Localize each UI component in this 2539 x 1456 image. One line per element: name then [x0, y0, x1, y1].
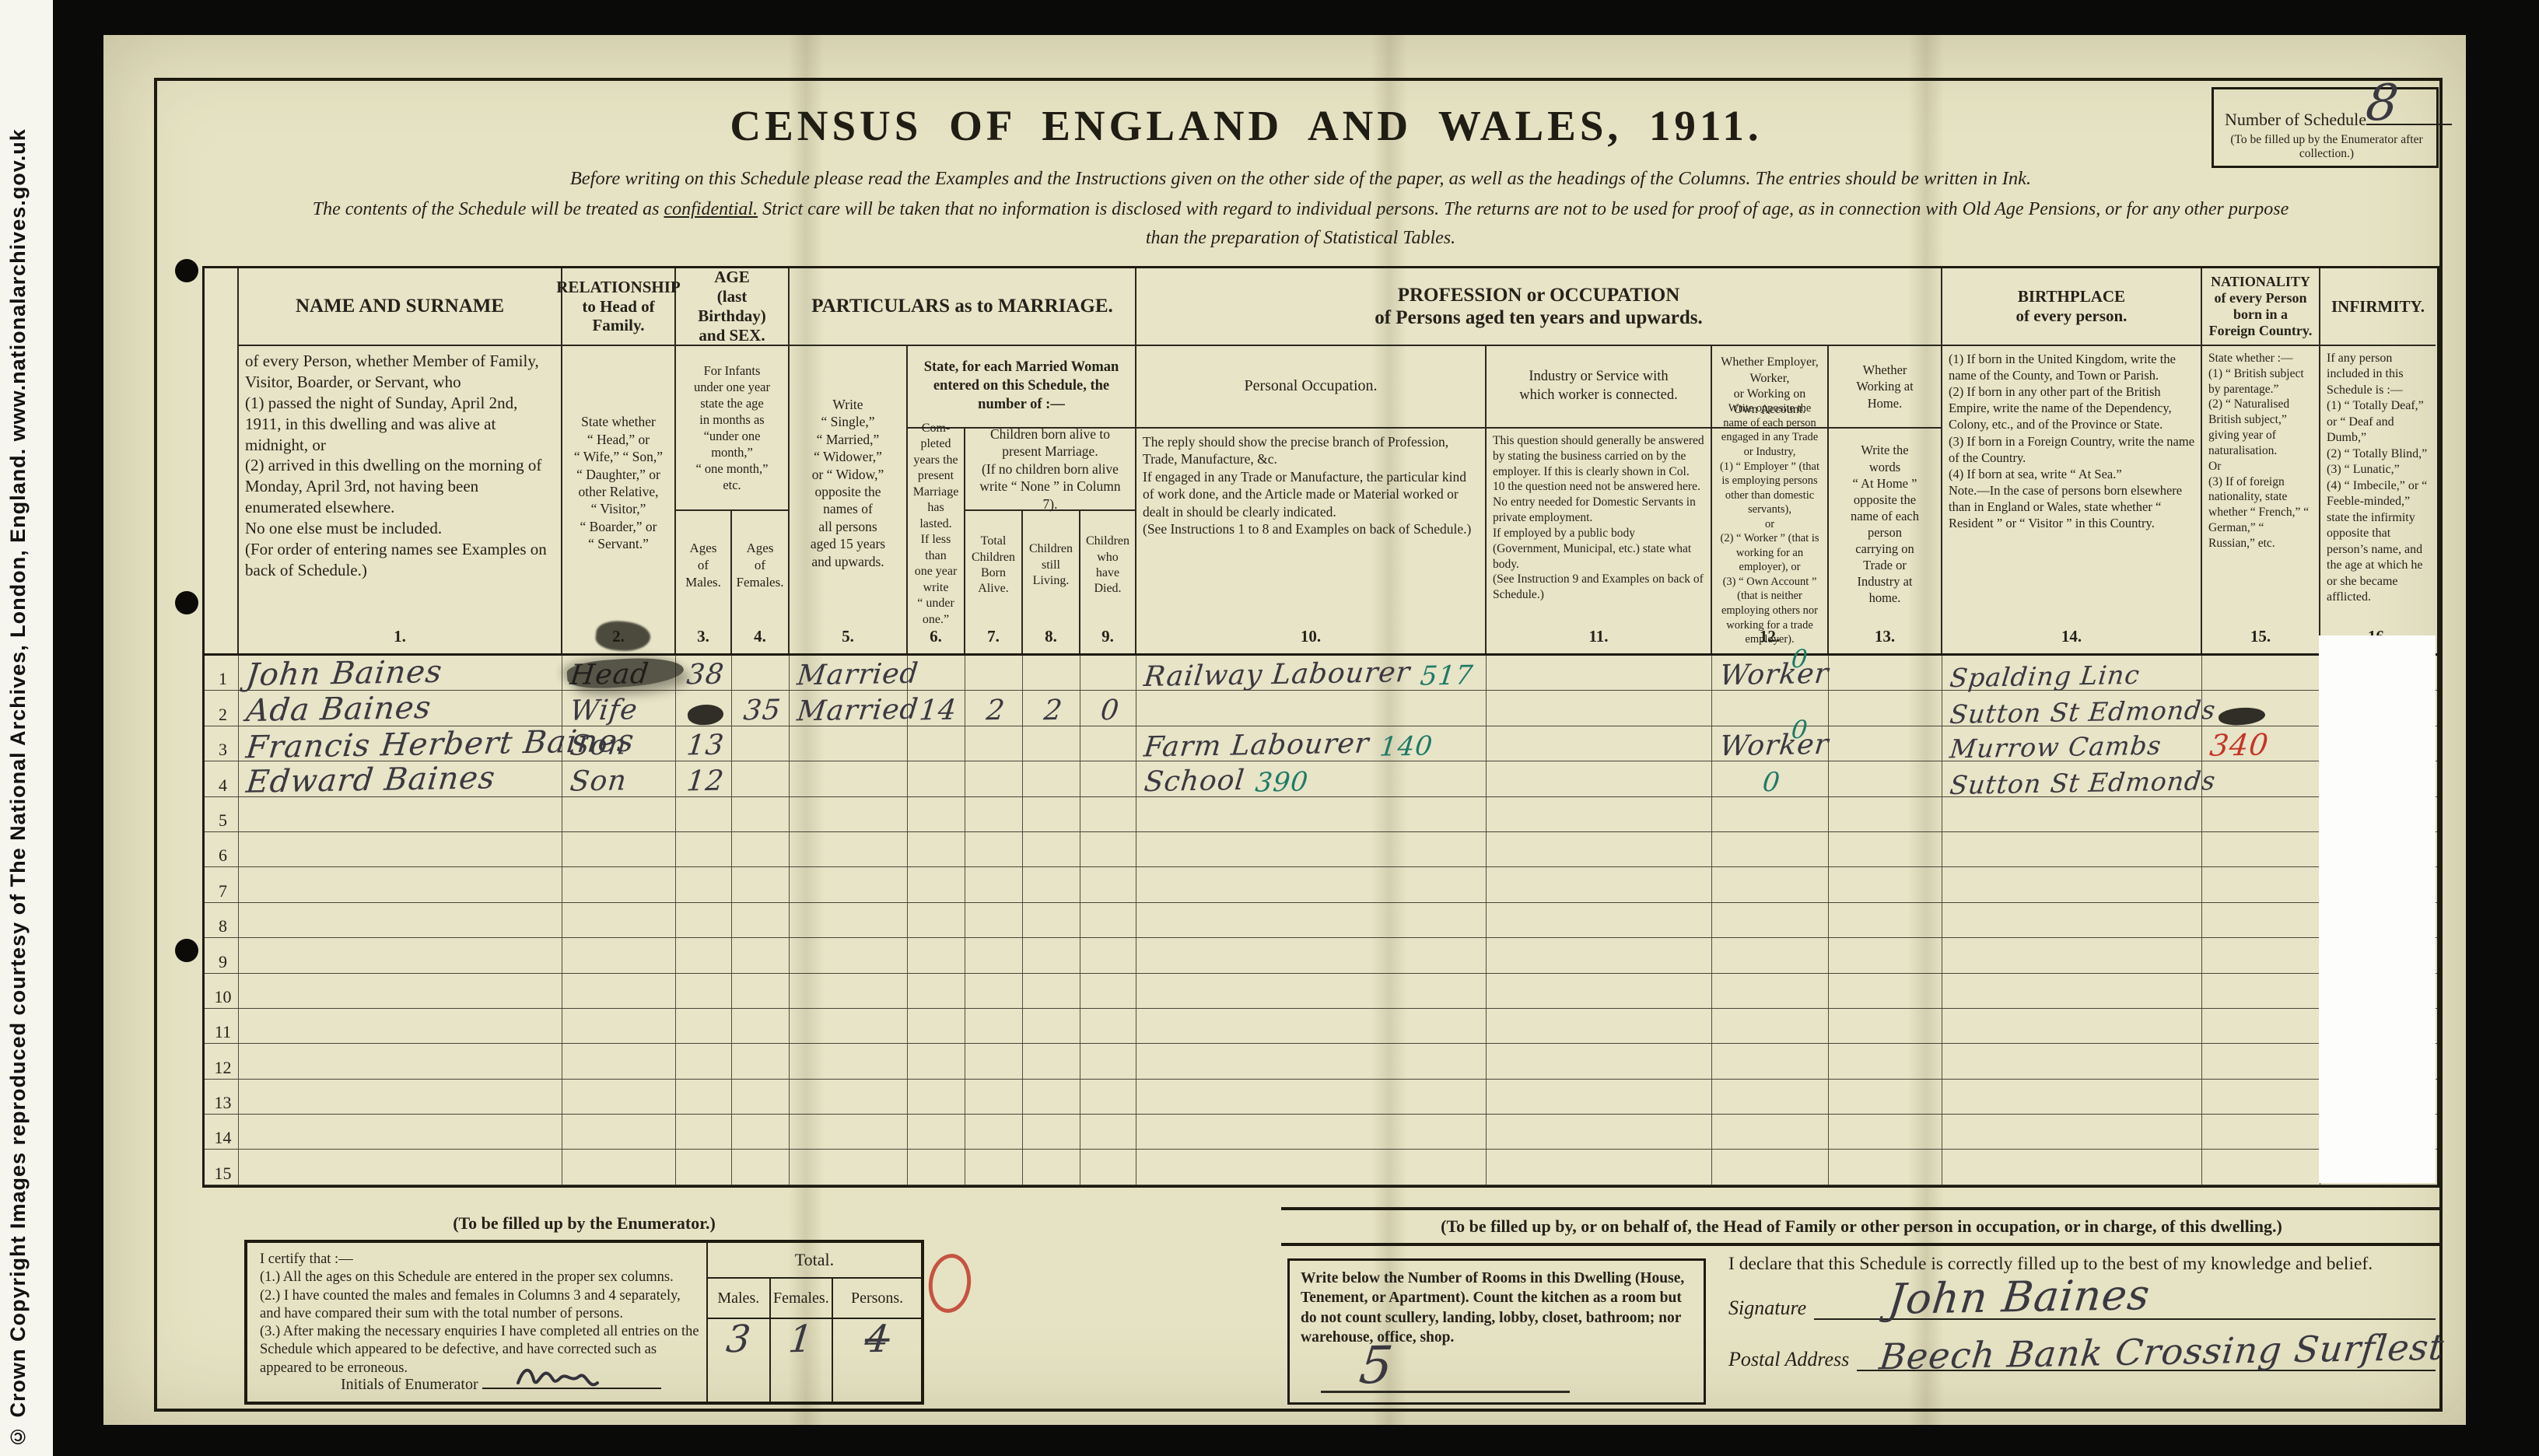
cell-birthplace: Spalding Linc — [1942, 656, 2202, 690]
cell-employer-status: Worker0 — [1712, 726, 1829, 761]
cell-children-born — [965, 867, 1023, 901]
column-number: 12. — [1712, 620, 1829, 653]
cell-age-females — [732, 903, 790, 937]
cell-nationality — [2202, 1009, 2320, 1043]
cell-occupation: Farm Labourer140 — [1136, 726, 1487, 761]
age-females-value: 35 — [742, 696, 783, 725]
cell-age-males — [676, 1044, 732, 1078]
cell-age-females — [732, 797, 790, 831]
cell-at-home — [1829, 1009, 1942, 1043]
cell-nationality — [2202, 867, 2320, 901]
cell-at-home — [1829, 903, 1942, 937]
cell-relationship — [562, 1115, 676, 1149]
relationship-value: Son — [569, 767, 628, 796]
cell-relationship: Head — [562, 656, 676, 690]
cell-children-died — [1080, 832, 1136, 866]
cell-name — [239, 1009, 562, 1043]
column-number: 7. — [965, 620, 1023, 653]
cell-name: Francis Herbert Baines — [239, 726, 562, 761]
cell-age-females — [732, 761, 790, 796]
cell-row-number: 7 — [205, 867, 239, 901]
cell-name — [239, 938, 562, 972]
cell-birthplace — [1942, 938, 2202, 972]
cell-name — [239, 903, 562, 937]
cell-years-married — [908, 1044, 965, 1078]
table-row: 3 Francis Herbert Baines Son 13 Farm Lab… — [205, 726, 2437, 761]
confidential-word: confidential. — [664, 199, 758, 219]
cell-industry — [1487, 903, 1712, 937]
cell-birthplace: Sutton St Edmonds — [1942, 761, 2202, 796]
cell-age-females: 35 — [732, 691, 790, 725]
cell-children-died — [1080, 903, 1136, 937]
cell-employer-status: Worker0 — [1712, 656, 1829, 690]
totals-title: Total. — [708, 1243, 921, 1279]
col-note-personal-occupation: The reply should show the precise branch… — [1136, 429, 1487, 620]
cell-relationship — [562, 938, 676, 972]
cell-age-females — [732, 1080, 790, 1114]
col-head-children-born: Total Children Born Alive. — [965, 511, 1023, 620]
cell-name — [239, 974, 562, 1008]
cell-employer-status — [1712, 1150, 1829, 1184]
cell-marital — [790, 1009, 908, 1043]
table-row: 13 — [205, 1080, 2437, 1115]
marital-value: Married — [796, 660, 920, 691]
initials-line — [482, 1372, 661, 1389]
cell-age-males — [676, 1080, 732, 1114]
column-number: 6. — [908, 620, 965, 653]
children-died-value: 0 — [1099, 697, 1121, 725]
cell-occupation — [1136, 1080, 1487, 1114]
table-row: 10 — [205, 974, 2437, 1009]
table-row: 4 Edward Baines Son 12 School390 0 Sutto… — [205, 761, 2437, 796]
totals-table: Total. Males. Females. Persons. 3 1 4 — [706, 1243, 921, 1402]
cell-industry — [1487, 938, 1712, 972]
initials-label: Initials of Enumerator — [341, 1376, 478, 1393]
confidential-line2: than the preparation of Statistical Tabl… — [235, 228, 2366, 249]
col-note-name: of every Person, whether Member of Famil… — [239, 346, 562, 620]
cell-at-home — [1829, 938, 1942, 972]
cell-row-number: 12 — [205, 1044, 239, 1078]
page-title: CENSUS OF ENGLAND AND WALES, 1911. — [282, 101, 2211, 150]
cell-at-home — [1829, 797, 1942, 831]
column-number: 10. — [1136, 620, 1487, 653]
row-number: 4 — [219, 775, 227, 796]
rownum-col-head — [205, 268, 239, 620]
cell-relationship — [562, 903, 676, 937]
table-row: 9 — [205, 938, 2437, 973]
cell-at-home — [1829, 1080, 1942, 1114]
cell-occupation — [1136, 938, 1487, 972]
cell-children-died — [1080, 726, 1136, 761]
signature-line: John Baines — [1814, 1295, 2436, 1320]
cell-occupation — [1136, 1009, 1487, 1043]
cell-children-living — [1023, 867, 1080, 901]
copyright-text: © Crown Copyright Images reproduced cour… — [6, 8, 47, 1448]
col-head-children-living: Children still Living. — [1023, 511, 1080, 620]
cell-years-married — [908, 797, 965, 831]
cell-years-married — [908, 832, 965, 866]
cell-industry — [1487, 656, 1712, 690]
cell-name: Edward Baines — [239, 761, 562, 796]
rooms-value: 5 — [1357, 1340, 1396, 1392]
col-note-relationship: State whether “ Head,” or “ Wife,” “ Son… — [562, 346, 676, 620]
confidential-line: The contents of the Schedule will be tre… — [235, 199, 2366, 220]
birthplace-value: Spalding Linc — [1949, 662, 2142, 691]
cell-birthplace — [1942, 1044, 2202, 1078]
col-head-relationship: RELATIONSHIP to Head of Family. — [562, 268, 676, 346]
header-instruction: Before writing on this Schedule please r… — [344, 168, 2257, 190]
cell-industry — [1487, 867, 1712, 901]
col-head-name: NAME AND SURNAME — [239, 268, 562, 346]
col-head-personal-occupation: Personal Occupation. — [1136, 346, 1487, 429]
occupation-code: 517 — [1420, 663, 1476, 690]
cell-row-number: 1 — [205, 656, 239, 690]
cell-age-females — [732, 832, 790, 866]
column-number: 5. — [790, 620, 908, 653]
col-head-marriage: PARTICULARS as to MARRIAGE. — [790, 268, 1136, 346]
cell-birthplace — [1942, 1009, 2202, 1043]
cell-years-married — [908, 1115, 965, 1149]
cell-relationship — [562, 1009, 676, 1043]
col-note-marital: Write “ Single,” “ Married,” “ Widower,”… — [790, 346, 908, 620]
postal-row: Postal Address Beech Bank Crossing Surfl… — [1728, 1346, 2436, 1371]
row-number: 3 — [219, 740, 227, 760]
row-number: 12 — [215, 1058, 232, 1078]
cell-age-males — [676, 974, 732, 1008]
cell-marital — [790, 974, 908, 1008]
row-number: 14 — [215, 1128, 232, 1148]
cell-row-number: 4 — [205, 761, 239, 796]
cell-relationship — [562, 1080, 676, 1114]
employer-status-value: Worker — [1718, 731, 1830, 761]
table-row: 6 — [205, 832, 2437, 867]
col-head-industry: Industry or Service with which worker is… — [1487, 346, 1712, 429]
row-number: 13 — [215, 1093, 232, 1113]
cell-children-died — [1080, 1044, 1136, 1078]
schedule-form: 8 Number of Schedule (To be filled up by… — [154, 78, 2443, 1412]
row-number: 10 — [215, 987, 232, 1007]
col-note-infirmity: If any person included in this Schedule … — [2320, 346, 2436, 620]
cell-name — [239, 1080, 562, 1114]
nationality-code: 340 — [2208, 730, 2271, 761]
cell-children-died — [1080, 761, 1136, 796]
cell-marital — [790, 867, 908, 901]
certification-text: I certify that :— (1.) All the ages on t… — [260, 1251, 700, 1377]
cell-children-born — [965, 1150, 1023, 1184]
name-value: Edward Baines — [245, 762, 497, 798]
cell-age-females — [732, 1009, 790, 1043]
cell-children-born — [965, 938, 1023, 972]
cell-industry — [1487, 1044, 1712, 1078]
cell-age-females — [732, 974, 790, 1008]
cell-row-number: 3 — [205, 726, 239, 761]
cell-children-living — [1023, 903, 1080, 937]
cell-at-home — [1829, 761, 1942, 796]
cell-row-number: 2 — [205, 691, 239, 725]
cell-nationality — [2202, 691, 2320, 725]
col-head-children-died: Children who have Died. — [1080, 511, 1136, 620]
cell-children-born — [965, 726, 1023, 761]
col-note-age: For Infants under one year state the age… — [676, 346, 790, 511]
cell-children-died — [1080, 1150, 1136, 1184]
cell-age-females — [732, 938, 790, 972]
cell-marital — [790, 1044, 908, 1078]
enumerator-box: I certify that :— (1.) All the ages on t… — [244, 1240, 924, 1405]
cell-employer-status — [1712, 691, 1829, 725]
head-family-section: (To be filled up by, or on behalf of, th… — [1281, 1207, 2442, 1412]
cell-relationship — [562, 1044, 676, 1078]
cell-children-living — [1023, 656, 1080, 690]
cell-nationality — [2202, 1080, 2320, 1114]
cell-age-males: 13 — [676, 726, 732, 761]
row-number: 9 — [219, 952, 227, 972]
cell-years-married — [908, 1009, 965, 1043]
column-number: 13. — [1829, 620, 1942, 653]
cell-industry — [1487, 974, 1712, 1008]
cell-occupation — [1136, 903, 1487, 937]
confidential-pre: The contents of the Schedule will be tre… — [313, 199, 664, 219]
cell-birthplace: Sutton St Edmonds — [1942, 691, 2202, 725]
column-number: 9. — [1080, 620, 1136, 653]
col-head-nationality: NATIONALITY of every Person born in a Fo… — [2202, 268, 2320, 346]
cell-marital: Married — [790, 691, 908, 725]
cell-employer-status: 0 — [1712, 761, 1829, 796]
cell-at-home — [1829, 1044, 1942, 1078]
cell-nationality — [2202, 1150, 2320, 1184]
row-number: 7 — [219, 881, 227, 901]
table-row: 5 — [205, 797, 2437, 832]
cell-relationship — [562, 797, 676, 831]
cell-age-males — [676, 867, 732, 901]
col-head-profession: PROFESSION or OCCUPATION of Persons aged… — [1136, 268, 1942, 346]
cell-row-number: 10 — [205, 974, 239, 1008]
cell-relationship — [562, 974, 676, 1008]
cell-marital — [790, 726, 908, 761]
cell-age-males — [676, 903, 732, 937]
cell-employer-status — [1712, 867, 1829, 901]
cell-children-died — [1080, 1009, 1136, 1043]
cell-age-males — [676, 797, 732, 831]
cell-industry — [1487, 726, 1712, 761]
cell-children-born — [965, 797, 1023, 831]
table-row: 14 — [205, 1115, 2437, 1150]
col-head-ages-males: Ages of Males. — [676, 511, 732, 620]
cell-age-males — [676, 1115, 732, 1149]
status-code: 0 — [1790, 717, 1809, 742]
col-note-at-home: Write the words “ At Home ” opposite the… — [1829, 429, 1942, 620]
cell-children-died — [1080, 1115, 1136, 1149]
row-number: 5 — [219, 810, 227, 831]
cell-children-died — [1080, 867, 1136, 901]
occupation-code: 140 — [1378, 733, 1434, 761]
cell-age-males — [676, 691, 732, 725]
cell-children-living — [1023, 1115, 1080, 1149]
cell-children-died — [1080, 974, 1136, 1008]
copyright-strip: © Crown Copyright Images reproduced cour… — [0, 0, 53, 1456]
cell-age-females — [732, 1115, 790, 1149]
cell-children-living — [1023, 1044, 1080, 1078]
cell-industry — [1487, 1150, 1712, 1184]
cell-row-number: 9 — [205, 938, 239, 972]
cell-relationship — [562, 1150, 676, 1184]
occupation-value: Railway Labourer — [1143, 659, 1412, 691]
column-number: 2. — [562, 620, 676, 653]
cell-name: Ada Baines — [239, 691, 562, 725]
cell-employer-status — [1712, 1115, 1829, 1149]
cell-birthplace — [1942, 974, 2202, 1008]
cell-years-married — [908, 1080, 965, 1114]
table-row: 7 — [205, 867, 2437, 902]
cell-at-home — [1829, 832, 1942, 866]
table-row: 11 — [205, 1009, 2437, 1044]
enumerator-initials-signature — [513, 1360, 607, 1398]
cell-birthplace — [1942, 832, 2202, 866]
cell-occupation: School390 — [1136, 761, 1487, 796]
table-header: NAME AND SURNAME of every Person, whethe… — [205, 268, 2437, 620]
column-number: 8. — [1023, 620, 1080, 653]
cell-nationality — [2202, 903, 2320, 937]
census-table: NAME AND SURNAME of every Person, whethe… — [202, 266, 2439, 1188]
cell-at-home — [1829, 656, 1942, 690]
cell-employer-status — [1712, 938, 1829, 972]
cell-name — [239, 1044, 562, 1078]
cell-occupation — [1136, 1150, 1487, 1184]
birthplace-value: Murrow Cambs — [1949, 733, 2163, 762]
cell-row-number: 14 — [205, 1115, 239, 1149]
cell-at-home — [1829, 726, 1942, 761]
years-married-value: 14 — [918, 696, 958, 725]
cell-nationality — [2202, 974, 2320, 1008]
cell-age-females — [732, 1044, 790, 1078]
paper-sheet: 8 Number of Schedule (To be filled up by… — [103, 35, 2466, 1425]
row-number: 2 — [219, 705, 227, 725]
cell-nationality — [2202, 832, 2320, 866]
relationship-value: Wife — [569, 696, 639, 726]
cell-marital: Married — [790, 656, 908, 690]
cell-children-living: 2 — [1023, 691, 1080, 725]
cell-marital — [790, 1115, 908, 1149]
employer-status-value: Worker — [1718, 660, 1830, 690]
cell-age-females — [732, 726, 790, 761]
cell-years-married — [908, 761, 965, 796]
column-number: 15. — [2202, 620, 2320, 653]
col-head-children-group: Children born alive to present Marriage.… — [965, 429, 1136, 511]
birthplace-value: Sutton St Edmonds — [1949, 768, 2217, 798]
persons-label: Persons. — [833, 1279, 921, 1319]
persons-value-text: 4 — [863, 1321, 891, 1359]
cell-industry — [1487, 1115, 1712, 1149]
signature-row: Signature John Baines — [1728, 1295, 2436, 1320]
table-row: 12 — [205, 1044, 2437, 1079]
cell-years-married — [908, 903, 965, 937]
males-label: Males. — [708, 1279, 771, 1319]
cell-occupation — [1136, 797, 1487, 831]
postal-value: Beech Bank Crossing Surflest — [1878, 1329, 2446, 1375]
cell-marital — [790, 797, 908, 831]
cell-children-born — [965, 1080, 1023, 1114]
cell-relationship: Son — [562, 761, 676, 796]
cell-industry — [1487, 761, 1712, 796]
cell-employer-status — [1712, 797, 1829, 831]
cell-employer-status — [1712, 1080, 1829, 1114]
cell-name — [239, 1115, 562, 1149]
table-row: 8 — [205, 903, 2437, 938]
cell-at-home — [1829, 1115, 1942, 1149]
cell-occupation — [1136, 832, 1487, 866]
cell-nationality — [2202, 938, 2320, 972]
cell-employer-status — [1712, 832, 1829, 866]
struck-out-age — [686, 703, 723, 726]
cell-occupation: Railway Labourer517 — [1136, 656, 1487, 690]
row-number: 6 — [219, 845, 227, 866]
cell-age-females — [732, 1150, 790, 1184]
status-code: 0 — [1761, 768, 1781, 795]
row-number: 11 — [215, 1022, 231, 1042]
cell-children-born — [965, 656, 1023, 690]
cell-children-living — [1023, 1009, 1080, 1043]
cell-children-born — [965, 1009, 1023, 1043]
col-head-at-home: Whether Working at Home. — [1829, 346, 1942, 429]
cell-age-females — [732, 656, 790, 690]
postal-line: Beech Bank Crossing Surflest — [1857, 1346, 2436, 1371]
cell-children-living — [1023, 726, 1080, 761]
column-number: 3. — [676, 620, 732, 653]
cell-name — [239, 832, 562, 866]
cell-at-home — [1829, 974, 1942, 1008]
cell-children-born — [965, 1044, 1023, 1078]
cell-nationality — [2202, 656, 2320, 690]
cell-nationality: 340 — [2202, 726, 2320, 761]
relationship-value: Son — [569, 732, 628, 761]
cell-age-males: 12 — [676, 761, 732, 796]
age-males-value: 12 — [685, 767, 726, 796]
table-body: 1 John Baines Head 38 Married Railway La… — [205, 656, 2437, 1185]
cell-employer-status — [1712, 903, 1829, 937]
column-number-row: 1. 2. 3. 4. 5. 6. 7. 8. 9. 10. 11. 12. 1… — [205, 620, 2437, 656]
cell-marital — [790, 938, 908, 972]
cell-nationality — [2202, 1044, 2320, 1078]
cell-nationality — [2202, 797, 2320, 831]
cell-children-living — [1023, 1150, 1080, 1184]
cell-birthplace — [1942, 1150, 2202, 1184]
cell-years-married — [908, 938, 965, 972]
cell-children-born — [965, 974, 1023, 1008]
cell-birthplace — [1942, 903, 2202, 937]
cell-occupation — [1136, 691, 1487, 725]
cell-industry — [1487, 1080, 1712, 1114]
cell-children-born — [965, 1115, 1023, 1149]
head-family-heading: (To be filled up by, or on behalf of, th… — [1281, 1210, 2442, 1246]
schedule-number-note: (To be filled up by the Enumerator after… — [2225, 133, 2429, 161]
cell-years-married — [908, 656, 965, 690]
ink-smudge — [594, 618, 652, 653]
cell-children-living — [1023, 938, 1080, 972]
cell-children-died — [1080, 1080, 1136, 1114]
col-note-industry: This question should generally be answer… — [1487, 429, 1712, 620]
table-row: 15 — [205, 1150, 2437, 1185]
cell-industry — [1487, 691, 1712, 725]
declaration-block: I declare that this Schedule is correctl… — [1728, 1254, 2436, 1371]
cell-relationship: Wife — [562, 691, 676, 725]
cell-marital — [790, 1150, 908, 1184]
cell-relationship — [562, 867, 676, 901]
cell-at-home — [1829, 867, 1942, 901]
cell-age-females — [732, 867, 790, 901]
cell-marital — [790, 832, 908, 866]
col-note-birthplace: (1) If born in the United Kingdom, write… — [1942, 346, 2202, 620]
cell-at-home — [1829, 1150, 1942, 1184]
children-living-value: 2 — [1042, 697, 1064, 725]
